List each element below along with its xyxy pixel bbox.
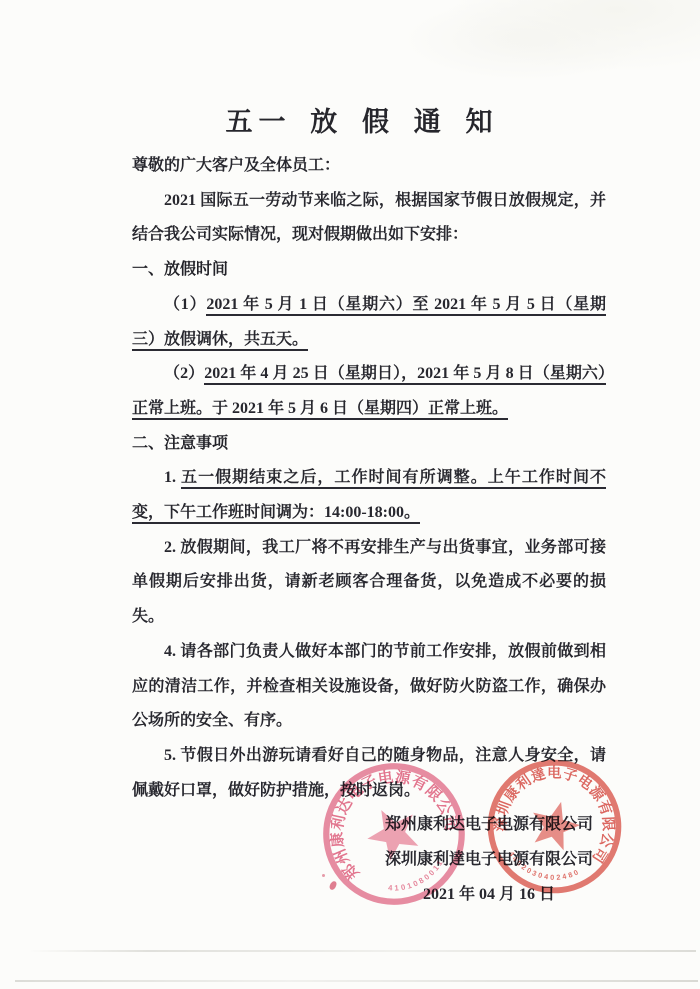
company-seal-left: 郑州康利达电子电源有限公司 4101080011	[315, 755, 473, 913]
seal-serial: 4402030402480	[503, 848, 584, 890]
item-number: 1.	[164, 469, 181, 486]
scan-artifact-line	[28, 950, 696, 952]
seal-serial: 4101080011	[384, 855, 450, 901]
company-seal-right: 深圳康利達电子电源有限公司 4402030402480	[480, 752, 629, 901]
section2-item2: 2. 放假期间，我工厂将不再安排生产与出货事宜，业务部可接单假期后安排出货，请新…	[132, 531, 606, 635]
underlined-text: 五一假期结束之后，工作时间有所调整。上午工作时间不变，下午工作班时间调为：14:…	[132, 469, 606, 524]
item-number: （2）	[164, 365, 204, 382]
underlined-text: 2021 年 4 月 25 日（星期日），2021 年 5 月 8 日（星期六）…	[132, 365, 606, 420]
item-number: （1）	[164, 296, 206, 313]
section1-heading: 一、放假时间	[132, 253, 606, 288]
section2-item4: 4. 请各部门负责人做好本部门的节前工作安排，放假前做到相应的清洁工作，并检查相…	[132, 635, 606, 739]
ink-speck	[322, 874, 325, 877]
scan-artifact-line	[15, 980, 698, 982]
section2-heading: 二、注意事项	[132, 427, 606, 462]
seal-star-icon	[526, 796, 585, 853]
seal-star-icon	[359, 798, 427, 865]
section1-item1: （1）2021 年 5 月 1 日（星期六）至 2021 年 5 月 5 日（星…	[132, 288, 606, 357]
intro-paragraph: 2021 国际五一劳动节来临之际，根据国家节假日放假规定，并结合我公司实际情况，…	[132, 184, 606, 253]
document-title: 五一 放 假 通 知	[125, 100, 599, 139]
section2-item1: 1. 五一假期结束之后，工作时间有所调整。上午工作时间不变，下午工作班时间调为：…	[132, 461, 606, 530]
salutation: 尊敬的广大客户及全体员工：	[132, 149, 606, 184]
scanned-notice-page: 五一 放 假 通 知 尊敬的广大客户及全体员工： 2021 国际五一劳动节来临之…	[0, 0, 700, 989]
section1-item2: （2）2021 年 4 月 25 日（星期日），2021 年 5 月 8 日（星…	[132, 357, 606, 426]
